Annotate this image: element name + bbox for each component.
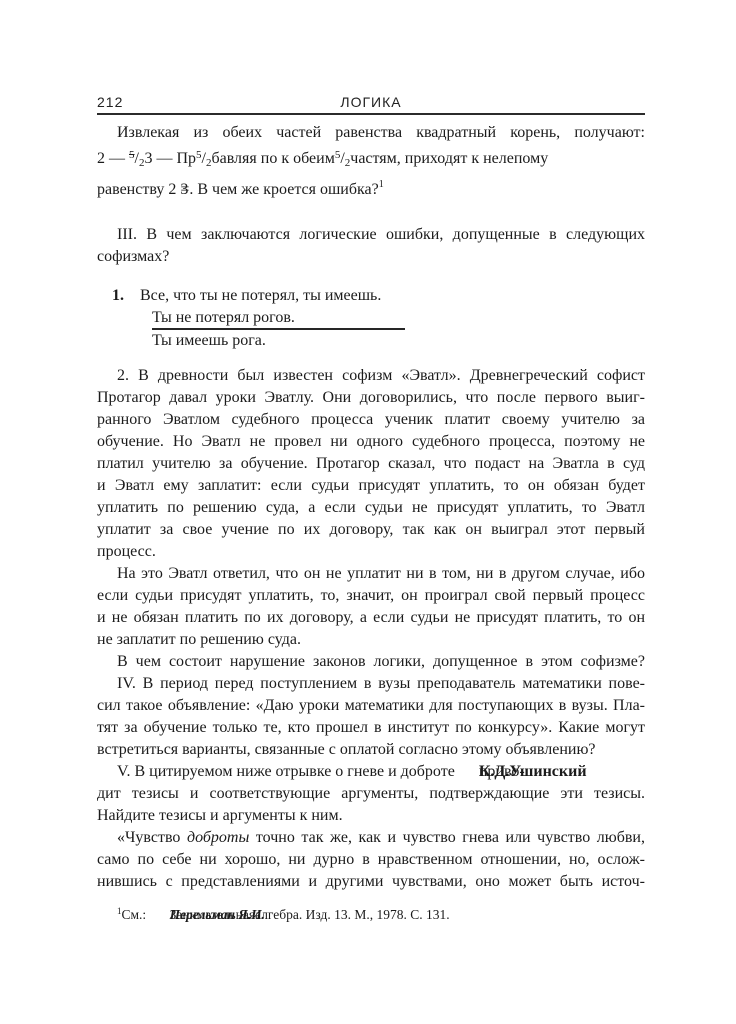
text-line: уплатить по решению суда, а если судьи н… (97, 497, 645, 519)
text-line: уплатит за свое учение по их договору, т… (97, 519, 645, 541)
text-line: «Чувство доброты точно так же, как и чув… (97, 827, 645, 849)
text-line: процесс. (97, 541, 645, 563)
text-line: ранного Эватлом судебного процесса учени… (97, 409, 645, 431)
overprinted-equals-three: =3 (180, 179, 189, 201)
text-line: не заплатит по решению суда. (97, 629, 645, 651)
book-page-scan: 212 ЛОГИКА Извлекая из обеих частей раве… (0, 0, 736, 1024)
syllogism-premise-1: 1.Все, что ты не потерял, ты имеешь. (97, 285, 645, 307)
text-line: само по себе ни хорошо, ни дурно в нравс… (97, 849, 645, 871)
page-title: ЛОГИКА (97, 94, 645, 110)
text-line: встретиться варианты, связанные с оплато… (97, 739, 645, 761)
text-line: III. В чем заключаются логические ошибки… (97, 224, 645, 246)
underlined-premise: Ты не потерял рогов. (152, 308, 405, 330)
text-line: дит тезисы и соответствующие аргументы, … (97, 783, 645, 805)
text-line: платил учителю за обучение. Протагор ска… (97, 453, 645, 475)
syllogism-conclusion: Ты имеешь рога. (97, 330, 645, 352)
text-line: и Эватл ему заплатит: если судьи присудя… (97, 475, 645, 497)
fraction-five-halves: 5/2 (196, 150, 211, 167)
syllogism-premise-2: Ты не потерял рогов. (97, 307, 645, 330)
quote-paragraph: «Чувство доброты точно так же, как и чув… (97, 827, 645, 893)
overprinted-citation-author: Занимательная Перельман Я.И. (150, 906, 256, 924)
task-iii: III. В чем заключаются логические ошибки… (97, 224, 645, 268)
text-line: Протагор давал уроки Эватлу. Они договор… (97, 387, 645, 409)
task-iv-paragraph: IV. В период перед поступлением в вузы п… (97, 673, 645, 761)
text-line: 2. В древности был известен софизм «Эват… (97, 365, 645, 387)
list-item-number: 1. (112, 287, 140, 304)
fraction-five-halves: 5/2 (335, 150, 350, 167)
text-line: тят за обучение только те, кто прошел в … (97, 717, 645, 739)
evatl-reply-paragraph: На это Эватл ответил, что он не уплатит … (97, 563, 645, 651)
text-line: и не обязан платить по их договору, а ес… (97, 607, 645, 629)
intro-paragraph: Извлекая из обеих частей равенства квадр… (97, 122, 645, 201)
text-line: На это Эватл ответил, что он не уплатит … (97, 563, 645, 585)
text-line: Извлекая из обеих частей равенства квадр… (97, 122, 645, 144)
emphasized-word: доброты (187, 829, 249, 846)
text-line: софизмах? (97, 246, 645, 268)
fraction-five-halves: 5/2 (129, 150, 144, 167)
sophism-1-syllogism: 1.Все, что ты не потерял, ты имеешь. Ты … (97, 285, 645, 352)
page-content: 212 ЛОГИКА Извлекая из обеих частей раве… (97, 94, 645, 924)
text-line: обучение. Но Эватл не провел ни одного с… (97, 431, 645, 453)
text-line-with-overprint: V. В цитируемом ниже отрывке о гневе и д… (97, 761, 645, 783)
text-line-equation-end: равенству 2 =3. В чем же кроется ошибка?… (97, 174, 645, 201)
text-line: Найдите тезисы и аргументы к ним. (97, 805, 645, 827)
footnote: 1См.: Занимательная Перельман Я.И.алгебр… (97, 902, 645, 924)
text-line: сил такое объявление: «Даю уроки математ… (97, 695, 645, 717)
sophism-2-paragraph: 2. В древности был известен софизм «Эват… (97, 365, 645, 563)
question-line: В чем состоит нарушение законов логики, … (97, 651, 645, 673)
text-line: IV. В период перед поступлением в вузы п… (97, 673, 645, 695)
task-v-paragraph: V. В цитируемом ниже отрывке о гневе и д… (97, 761, 645, 827)
text-line-equation: 2 — 5/23 — Пр5/2бавляя по к обеим5/2част… (97, 144, 645, 174)
footnote-reference-mark: 1 (379, 179, 384, 190)
text-line: нившись с представлениями и другими чувс… (97, 871, 645, 893)
running-head: 212 ЛОГИКА (97, 94, 645, 115)
text-line: если судьи присудят уплатить, то, значит… (97, 585, 645, 607)
overprinted-author-name: приво-К.Д.Ушинский (459, 761, 525, 783)
